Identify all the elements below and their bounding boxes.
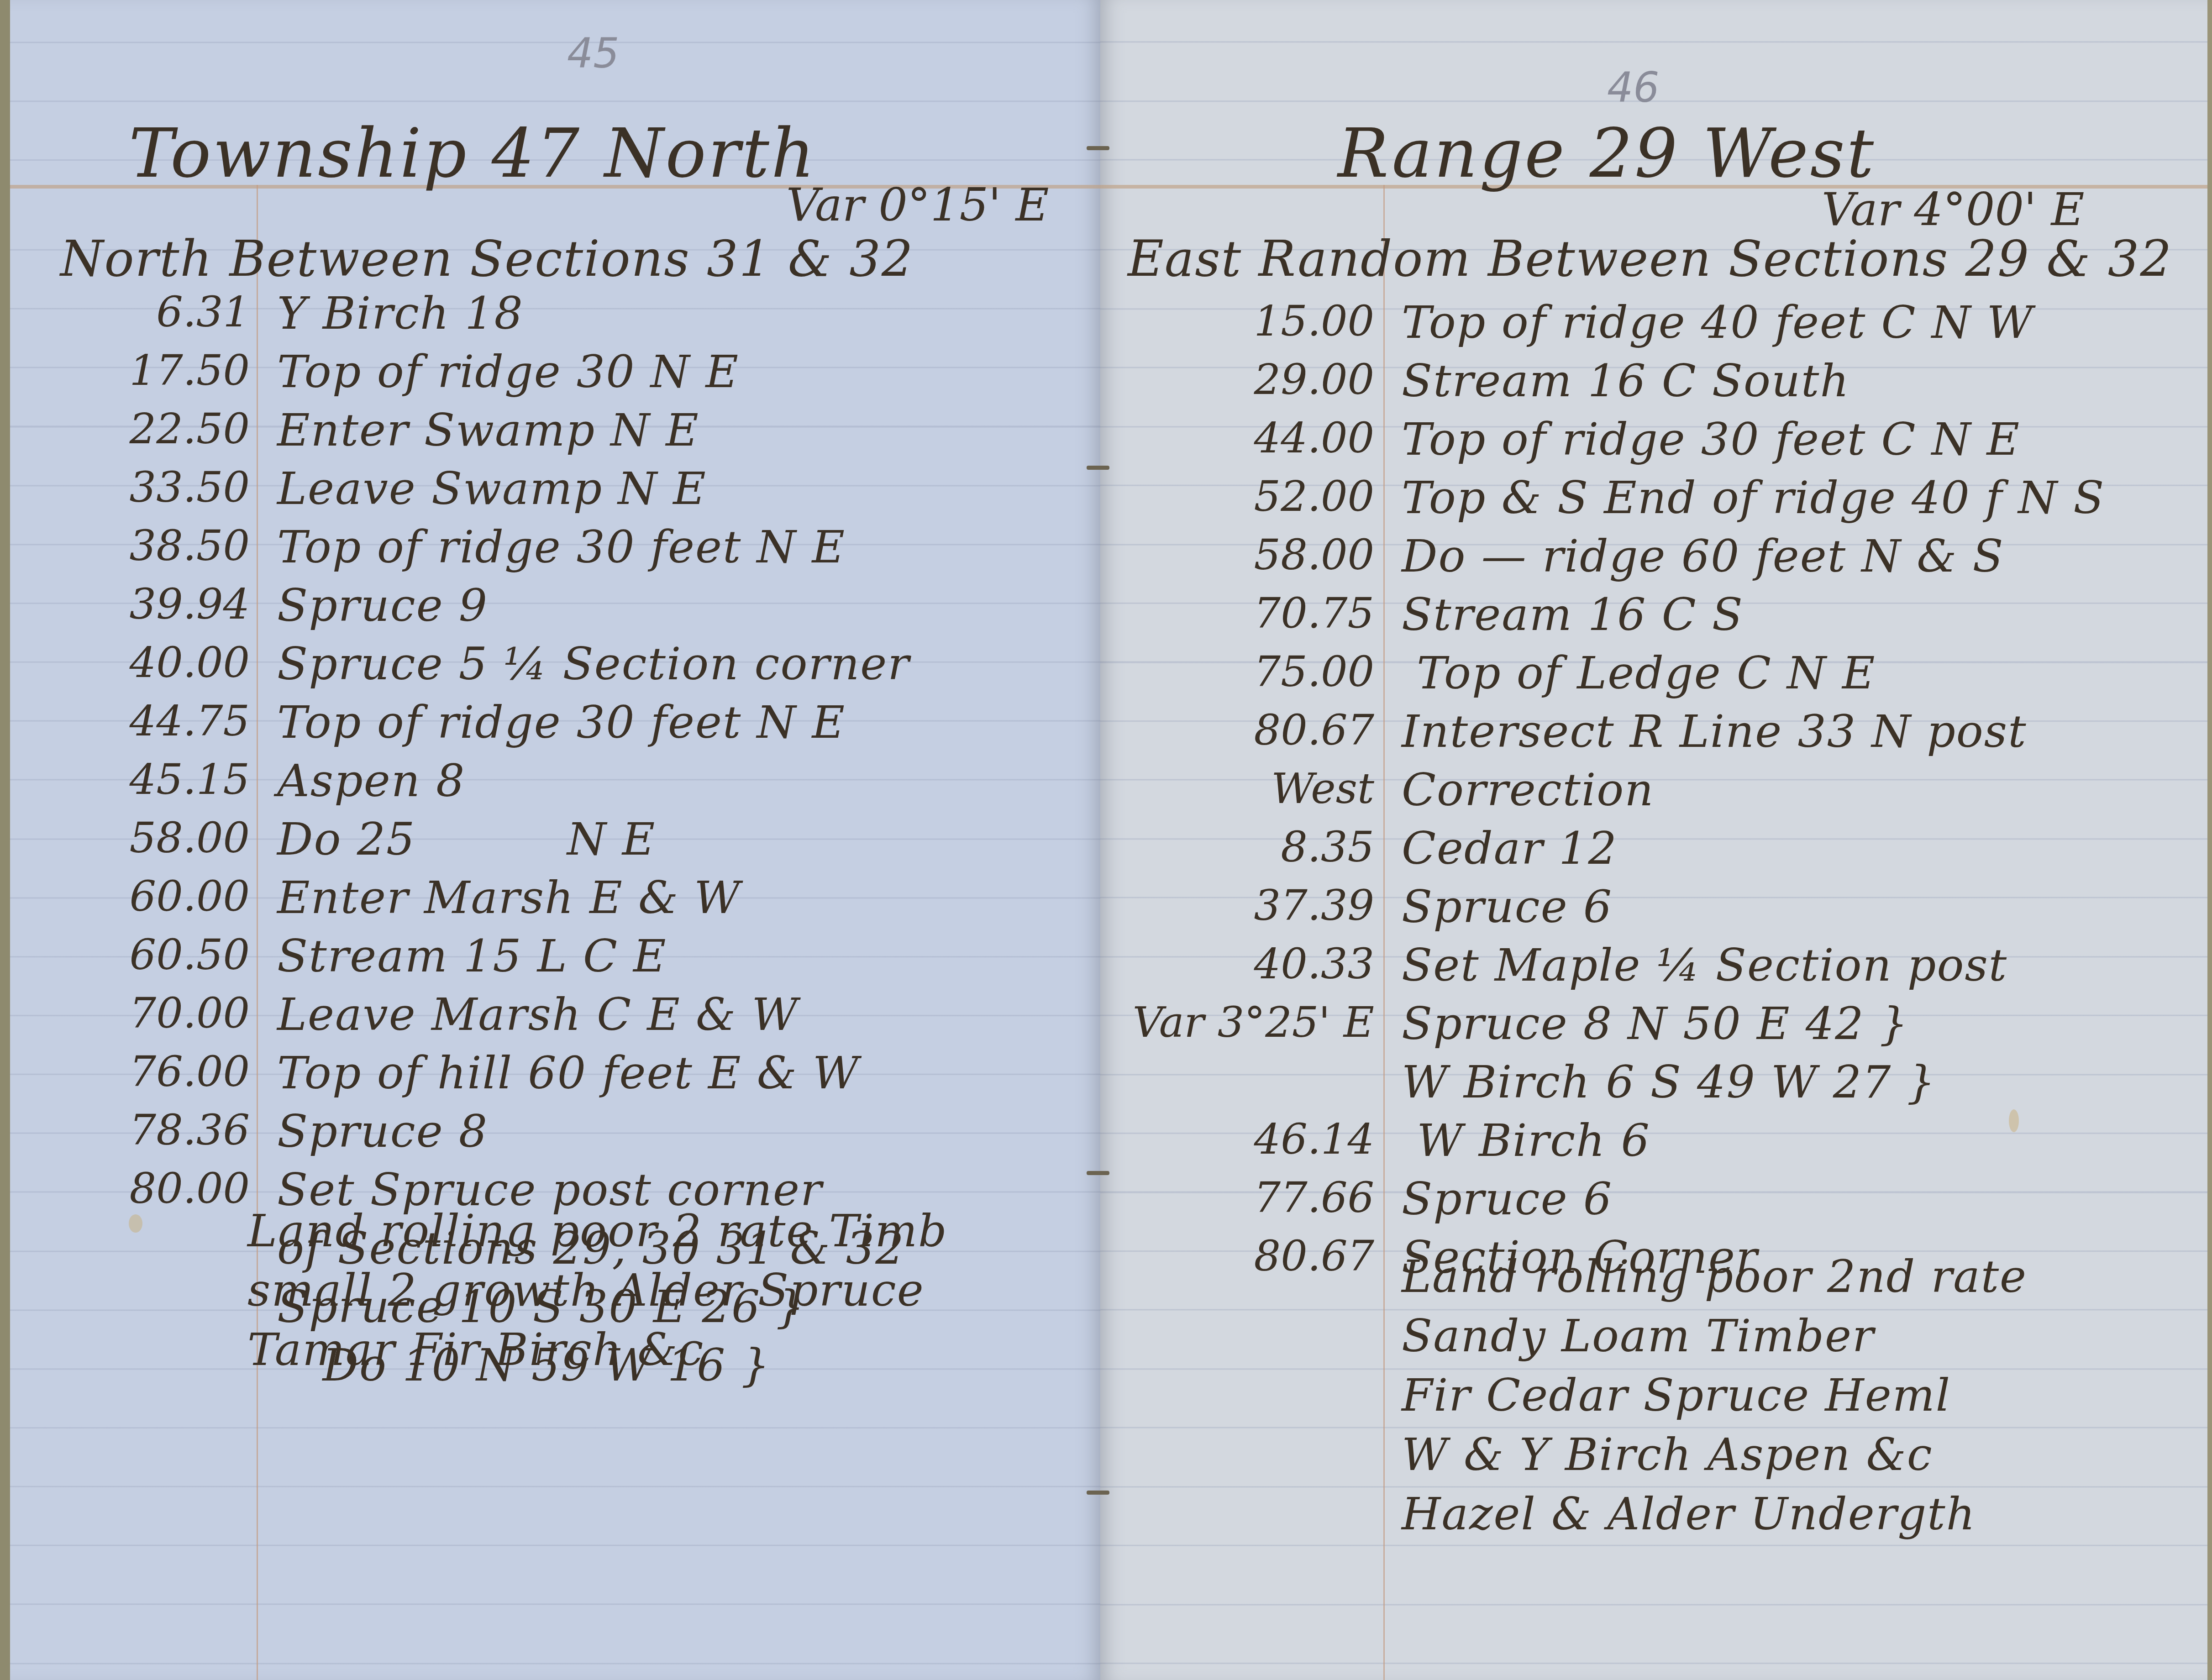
- note: Enter Marsh E & W: [277, 872, 741, 924]
- distance: 60.50: [37, 930, 250, 979]
- remark-line: W & Y Birch Aspen &c: [1402, 1429, 2027, 1488]
- remark-line: Hazel & Alder Undergth: [1402, 1488, 2027, 1548]
- land-description: Land rolling poor 2 rate Timb small 2 gr…: [247, 1205, 948, 1383]
- distance: 39.94: [37, 580, 250, 629]
- distance: 33.50: [37, 463, 250, 512]
- note: Top of ridge 40 feet C N W: [1402, 297, 2033, 349]
- note: Spruce 9: [277, 580, 488, 632]
- magnetic-variation: Var 0°15' E: [786, 178, 1049, 231]
- note: W Birch 6: [1402, 1115, 1650, 1167]
- note: Top of ridge 30 feet N E: [277, 521, 846, 573]
- entry-row: 44.00Top of ridge 30 feet C N E: [1100, 409, 2207, 467]
- entry-row: 6.31Y Birch 18: [10, 283, 1100, 341]
- distance: 70.00: [37, 989, 250, 1038]
- entry-row: 60.00Enter Marsh E & W: [10, 867, 1100, 926]
- entry-row: 60.50Stream 15 L C E: [10, 926, 1100, 984]
- note: Top of hill 60 feet E & W: [277, 1047, 860, 1099]
- distance: 44.00: [1100, 414, 1374, 462]
- entry-row: 15.00Top of ridge 40 feet C N W: [1100, 292, 2207, 351]
- note: Stream 16 C S: [1402, 589, 1744, 641]
- entry-row: 78.36Spruce 8: [10, 1101, 1100, 1160]
- note: Top of ridge 30 N E: [277, 346, 739, 398]
- distance: 77.66: [1100, 1173, 1374, 1222]
- note: Spruce 8: [277, 1106, 488, 1158]
- entries-list: 15.00Top of ridge 40 feet C N W 29.00Str…: [1100, 292, 2207, 1286]
- distance: 75.00: [1100, 647, 1374, 696]
- distance: 70.75: [1100, 589, 1374, 638]
- note: W Birch 6 S 49 W 27 }: [1402, 1056, 1936, 1108]
- remark-line: Land rolling poor 2nd rate: [1402, 1251, 2027, 1310]
- entry-row: 70.75Stream 16 C S: [1100, 584, 2207, 643]
- magnetic-variation: Var 4°00' E: [1822, 183, 2084, 236]
- entry-row: 39.94Spruce 9: [10, 575, 1100, 634]
- note: Top & S End of ridge 40 f N S: [1402, 472, 2105, 524]
- note: Aspen 8: [277, 755, 465, 807]
- distance: 37.39: [1100, 881, 1374, 930]
- entry-row: 8.35Cedar 12: [1100, 818, 2207, 877]
- entry-row: 80.67Intersect R Line 33 N post: [1100, 701, 2207, 760]
- distance: 78.36: [37, 1106, 250, 1155]
- binding-stitch: [1087, 1171, 1109, 1175]
- notebook-spread: 45 Township 47 North Var 0°15' E North B…: [0, 0, 2212, 1680]
- land-description: Land rolling poor 2nd rate Sandy Loam Ti…: [1402, 1251, 2027, 1548]
- distance: 80.67: [1100, 706, 1374, 755]
- distance: 40.00: [37, 638, 250, 687]
- remark-line: Land rolling poor 2 rate Timb: [247, 1205, 948, 1265]
- entry-row: 58.00Do — ridge 60 feet N & S: [1100, 526, 2207, 584]
- distance: 22.50: [37, 404, 250, 453]
- note: Top of ridge 30 feet N E: [277, 697, 846, 749]
- distance: 80.67: [1100, 1232, 1374, 1281]
- entry-row: W Birch 6 S 49 W 27 }: [1100, 1052, 2207, 1110]
- distance: 46.14: [1100, 1115, 1374, 1164]
- entry-row: 77.66Spruce 6: [1100, 1169, 2207, 1227]
- distance: 76.00: [37, 1047, 250, 1096]
- distance: 80.00: [37, 1164, 250, 1213]
- right-page: 46 Range 29 West Var 4°00' E East Random…: [1100, 0, 2212, 1680]
- entry-row: 40.33Set Maple ¼ Section post: [1100, 935, 2207, 993]
- entry-row: 33.50Leave Swamp N E: [10, 458, 1100, 517]
- entry-row: 46.14 W Birch 6: [1100, 1110, 2207, 1169]
- entry-row: Var 3°25' ESpruce 8 N 50 E 42 }: [1100, 993, 2207, 1052]
- distance: 40.33: [1100, 940, 1374, 988]
- entry-row: 44.75Top of ridge 30 feet N E: [10, 692, 1100, 751]
- survey-line-heading: East Random Between Sections 29 & 32: [1128, 231, 2172, 288]
- page-number: 45: [567, 30, 620, 78]
- note: Enter Swamp N E: [277, 404, 699, 457]
- distance: 38.50: [37, 521, 250, 570]
- note: Stream 15 L C E: [277, 930, 667, 982]
- distance: 8.35: [1100, 823, 1374, 871]
- note: Spruce 5 ¼ Section corner: [277, 638, 910, 690]
- distance: Var 3°25' E: [1100, 998, 1374, 1047]
- entry-row: 17.50Top of ridge 30 N E: [10, 341, 1100, 400]
- entry-row: 58.00Do 25 N E: [10, 809, 1100, 867]
- binding-stitch: [1087, 1491, 1109, 1495]
- entry-row: 37.39Spruce 6: [1100, 877, 2207, 935]
- entry-row: 75.00 Top of Ledge C N E: [1100, 643, 2207, 701]
- distance: 58.00: [1100, 530, 1374, 579]
- distance: 17.50: [37, 346, 250, 395]
- note: Top of ridge 30 feet C N E: [1402, 414, 2020, 466]
- distance: 52.00: [1100, 472, 1374, 521]
- distance: West: [1100, 764, 1374, 813]
- note: Do 25 N E: [277, 814, 656, 866]
- binding-stitch: [1087, 146, 1109, 150]
- distance: 6.31: [37, 288, 250, 336]
- distance: 44.75: [37, 697, 250, 745]
- note: Leave Marsh C E & W: [277, 989, 799, 1041]
- note: Correction: [1402, 764, 1654, 816]
- entry-row: 52.00Top & S End of ridge 40 f N S: [1100, 467, 2207, 526]
- entry-row: 29.00Stream 16 C South: [1100, 351, 2207, 409]
- distance: 60.00: [37, 872, 250, 921]
- entry-row: 40.00Spruce 5 ¼ Section corner: [10, 634, 1100, 692]
- stain-mark: [129, 1214, 142, 1233]
- note: Y Birch 18: [277, 288, 524, 340]
- entry-row: 38.50Top of ridge 30 feet N E: [10, 517, 1100, 575]
- note: Spruce 6: [1402, 881, 1613, 933]
- note: Spruce 6: [1402, 1173, 1613, 1225]
- note: Intersect R Line 33 N post: [1402, 706, 2027, 758]
- note: Do — ridge 60 feet N & S: [1402, 530, 2004, 583]
- note: Spruce 8 N 50 E 42 }: [1402, 998, 1909, 1050]
- remark-line: Tamar Fir Birch &c: [247, 1324, 948, 1383]
- note: Stream 16 C South: [1402, 355, 1850, 407]
- distance: 45.15: [37, 755, 250, 804]
- binding-stitch: [1087, 466, 1109, 470]
- note: Leave Swamp N E: [277, 463, 707, 515]
- stain-mark: [2009, 1109, 2019, 1132]
- entry-row: 76.00Top of hill 60 feet E & W: [10, 1043, 1100, 1101]
- survey-line-heading: North Between Sections 31 & 32: [60, 231, 914, 288]
- entry-row: 22.50Enter Swamp N E: [10, 400, 1100, 458]
- entry-row: 45.15Aspen 8: [10, 751, 1100, 809]
- remark-line: small 2 growth Alder Spruce: [247, 1265, 948, 1324]
- entry-row: WestCorrection: [1100, 760, 2207, 818]
- note: Cedar 12: [1402, 823, 1618, 875]
- distance: 58.00: [37, 814, 250, 862]
- distance: 29.00: [1100, 355, 1374, 404]
- entry-row: 70.00Leave Marsh C E & W: [10, 984, 1100, 1043]
- remark-line: Sandy Loam Timber: [1402, 1310, 2027, 1370]
- note: Set Maple ¼ Section post: [1402, 940, 2007, 992]
- page-heading: Range 29 West: [1338, 114, 1876, 193]
- distance: 15.00: [1100, 297, 1374, 346]
- note: Top of Ledge C N E: [1402, 647, 1876, 699]
- page-number: 46: [1607, 64, 1660, 112]
- remark-line: Fir Cedar Spruce Heml: [1402, 1370, 2027, 1429]
- left-page: 45 Township 47 North Var 0°15' E North B…: [0, 0, 1100, 1680]
- page-heading: Township 47 North: [129, 114, 816, 193]
